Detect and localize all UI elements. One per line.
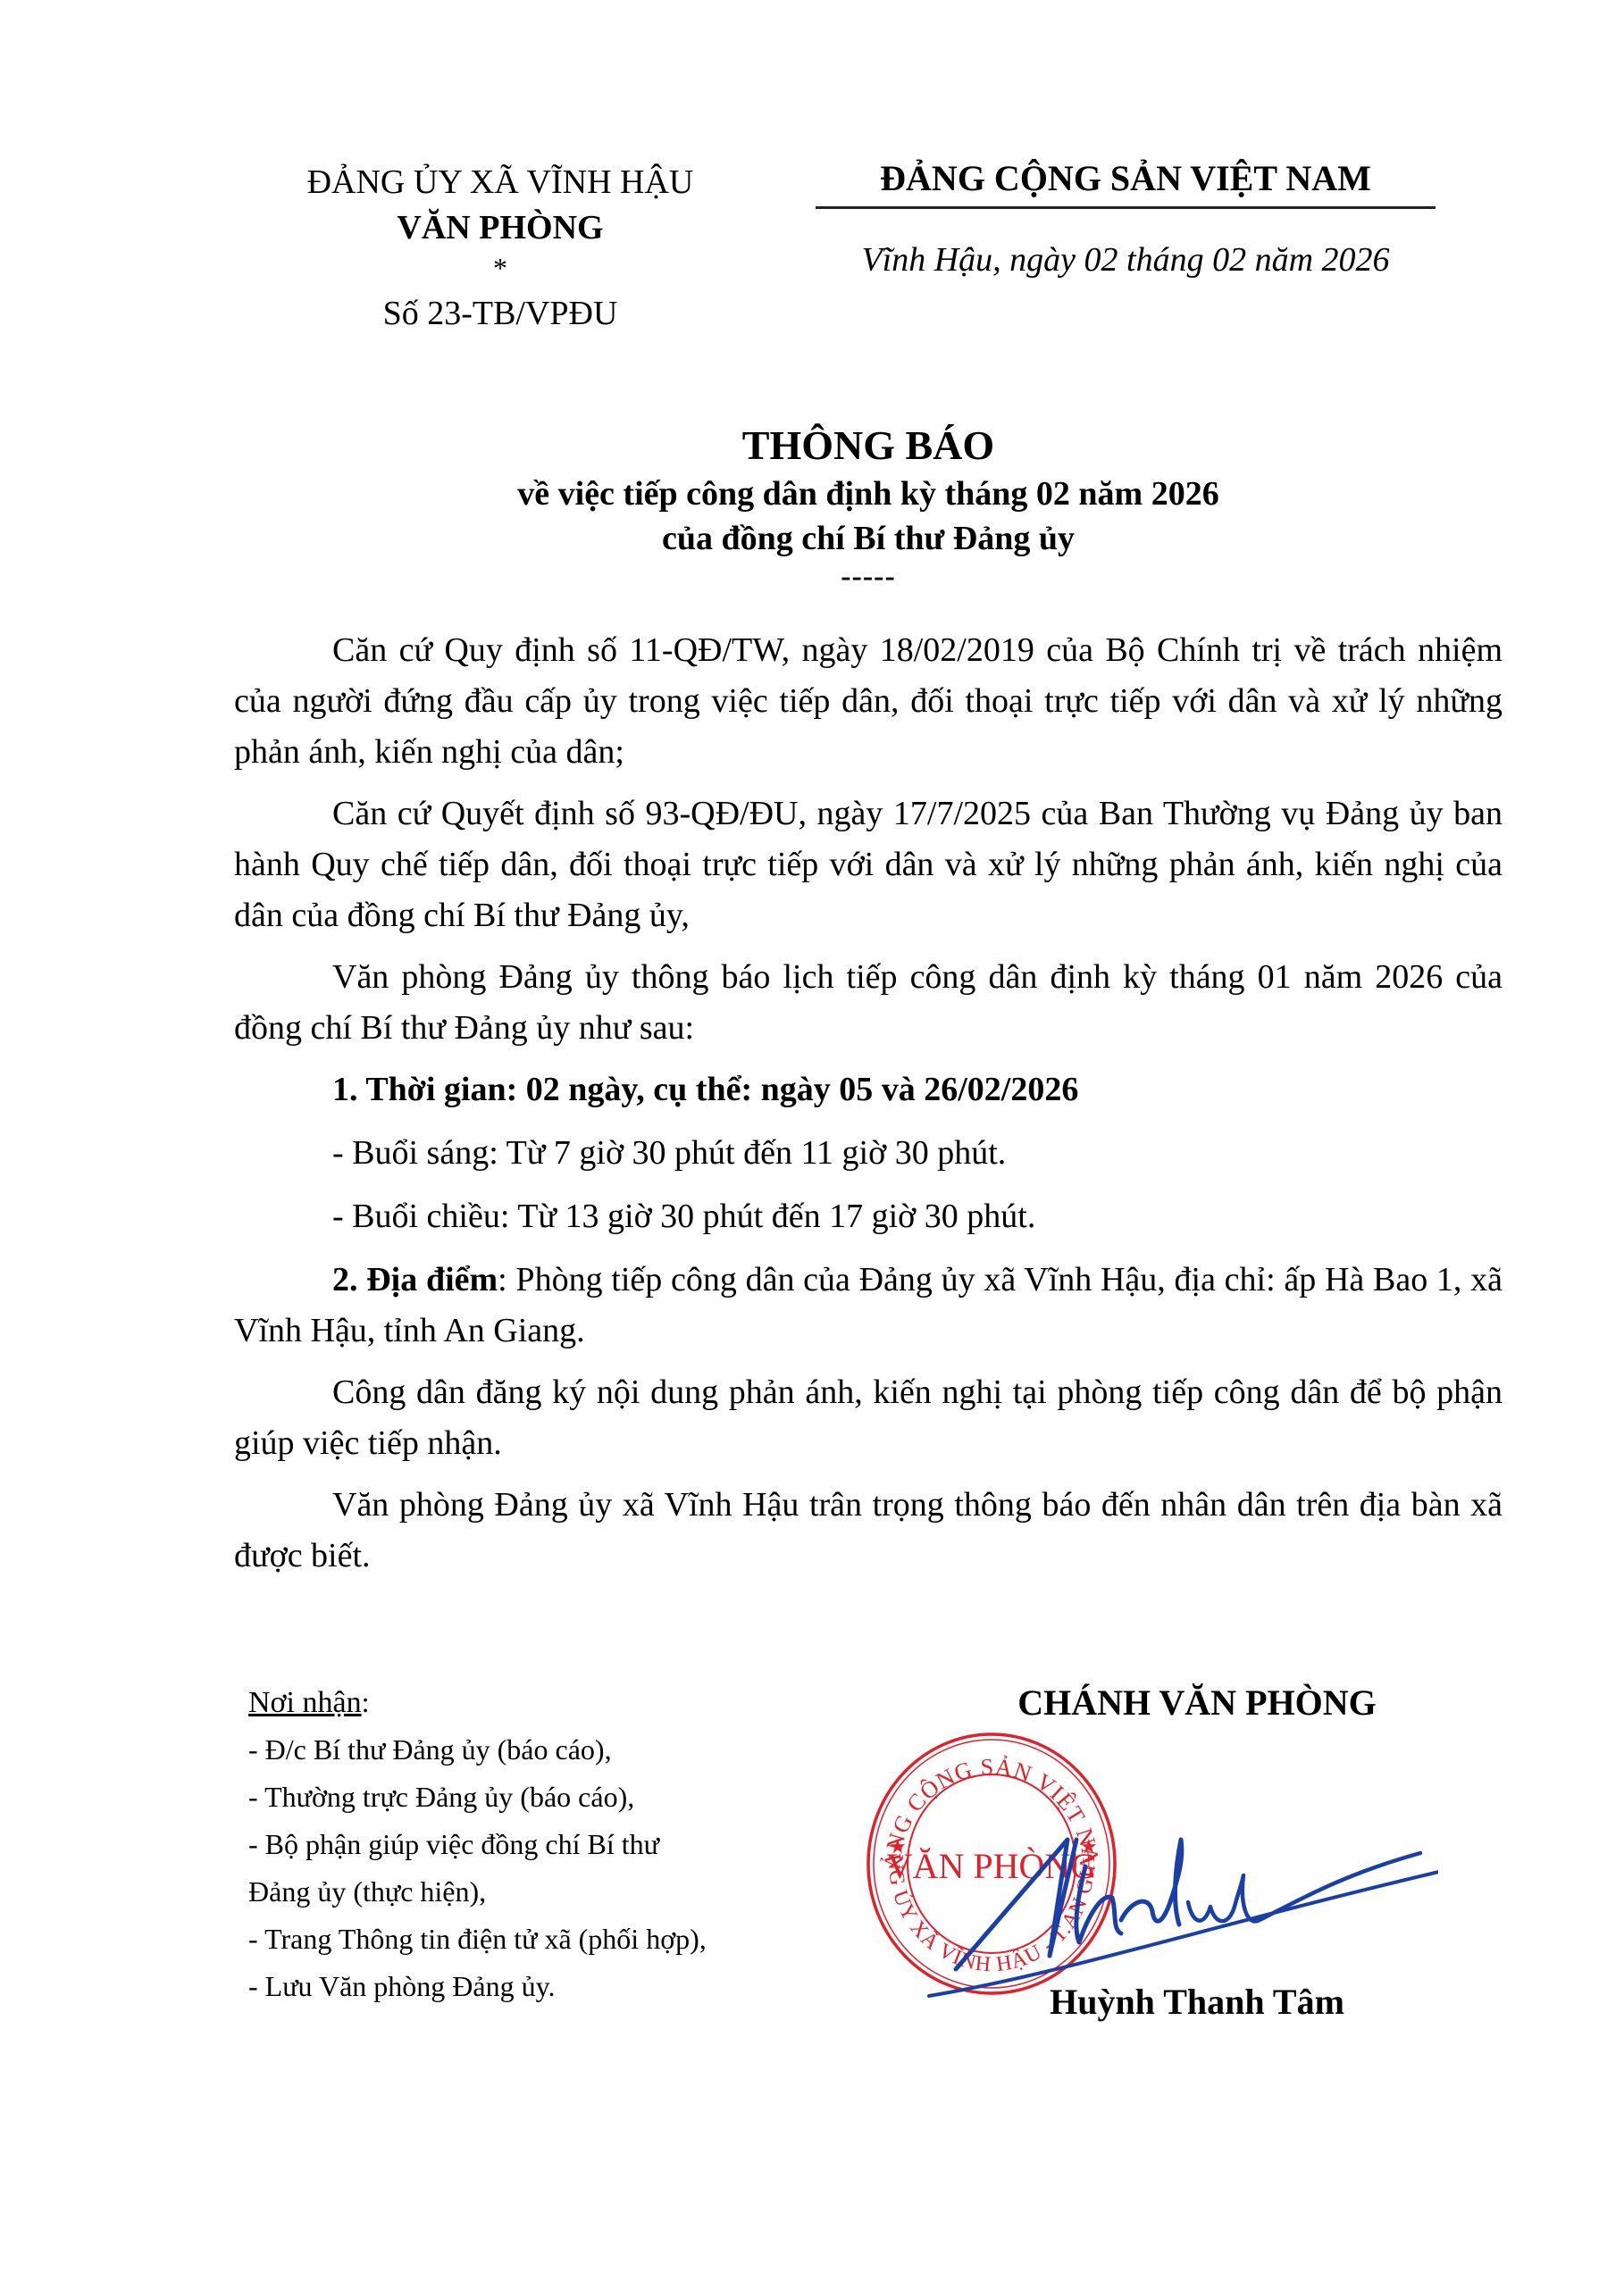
document-type: THÔNG BÁO	[234, 420, 1503, 472]
star-divider: *	[214, 250, 786, 286]
item-time-value: : 02 ngày, cụ thể: ngày 05 và 26/02/2026	[506, 1071, 1079, 1108]
issuer-org: ĐẢNG ỦY XÃ VĨNH HẬU	[214, 159, 786, 205]
recipient-item: - Lưu Văn phòng Đảng ủy.	[248, 1963, 874, 2010]
recipient-item: Đảng ủy (thực hiện),	[248, 1868, 874, 1916]
morning-schedule: - Buổi sáng: Từ 7 giờ 30 phút đến 11 giờ…	[234, 1128, 1503, 1179]
legal-basis-1: Căn cứ Quy định số 11-QĐ/TW, ngày 18/02/…	[234, 625, 1503, 778]
recipient-item: - Thường trực Đảng ủy (báo cáo),	[248, 1774, 874, 1821]
handwritten-signature-icon	[920, 1768, 1438, 2009]
closing-paragraph: Văn phòng Đảng ủy xã Vĩnh Hậu trân trọng…	[234, 1480, 1503, 1582]
item-location: 2. Địa điểm: Phòng tiếp công dân của Đản…	[234, 1255, 1503, 1357]
recipient-item: - Trang Thông tin điện tử xã (phối hợp),	[248, 1916, 874, 1963]
recipients-heading-row: Nơi nhận:	[248, 1679, 874, 1726]
party-name: ĐẢNG CỘNG SẢN VIỆT NAM	[786, 154, 1465, 204]
recipients-block: Nơi nhận: - Đ/c Bí thư Đảng ủy (báo cáo)…	[248, 1679, 874, 2010]
registration-paragraph: Công dân đăng ký nội dung phản ánh, kiến…	[234, 1367, 1503, 1469]
signer-name: Huỳnh Thanh Tâm	[929, 1980, 1465, 2025]
legal-basis-2: Căn cứ Quyết định số 93-QĐ/ĐU, ngày 17/7…	[234, 789, 1503, 941]
subject-line-2: của đồng chí Bí thư Đảng ủy	[234, 516, 1503, 561]
issuer-block: ĐẢNG ỦY XÃ VĨNH HẬU VĂN PHÒNG * Số 23-TB…	[214, 159, 786, 341]
title-separator: -----	[234, 561, 1503, 593]
subject-line-1: về việc tiếp công dân định kỳ tháng 02 n…	[234, 472, 1503, 516]
place-date: Vĩnh Hậu, ngày 02 tháng 02 năm 2026	[786, 238, 1465, 282]
party-name-underline	[816, 206, 1436, 209]
item-time: 1. Thời gian: 02 ngày, cụ thể: ngày 05 v…	[234, 1065, 1503, 1115]
intro-paragraph: Văn phòng Đảng ủy thông báo lịch tiếp cô…	[234, 952, 1503, 1054]
recipients-heading: Nơi nhận	[248, 1686, 362, 1719]
item-location-label: 2. Địa điểm	[332, 1261, 498, 1298]
afternoon-schedule: - Buổi chiều: Từ 13 giờ 30 phút đến 17 g…	[234, 1191, 1503, 1242]
signature-block: CHÁNH VĂN PHÒNG Huỳnh Thanh Tâm	[929, 1681, 1465, 1725]
recipient-item: - Đ/c Bí thư Đảng ủy (báo cáo),	[248, 1726, 874, 1774]
recipients-heading-colon: :	[362, 1686, 370, 1718]
recipient-item: - Bộ phận giúp việc đồng chí Bí thư	[248, 1821, 874, 1868]
document-title-block: THÔNG BÁO về việc tiếp công dân định kỳ …	[234, 420, 1503, 593]
national-header: ĐẢNG CỘNG SẢN VIỆT NAM Vĩnh Hậu, ngày 02…	[786, 154, 1465, 282]
document-body: Căn cứ Quy định số 11-QĐ/TW, ngày 18/02/…	[234, 625, 1503, 1592]
item-time-label: 1. Thời gian	[332, 1071, 506, 1108]
signer-position: CHÁNH VĂN PHÒNG	[929, 1681, 1465, 1725]
issuer-office: VĂN PHÒNG	[214, 205, 786, 250]
document-number: Số 23-TB/VPĐU	[214, 286, 786, 341]
